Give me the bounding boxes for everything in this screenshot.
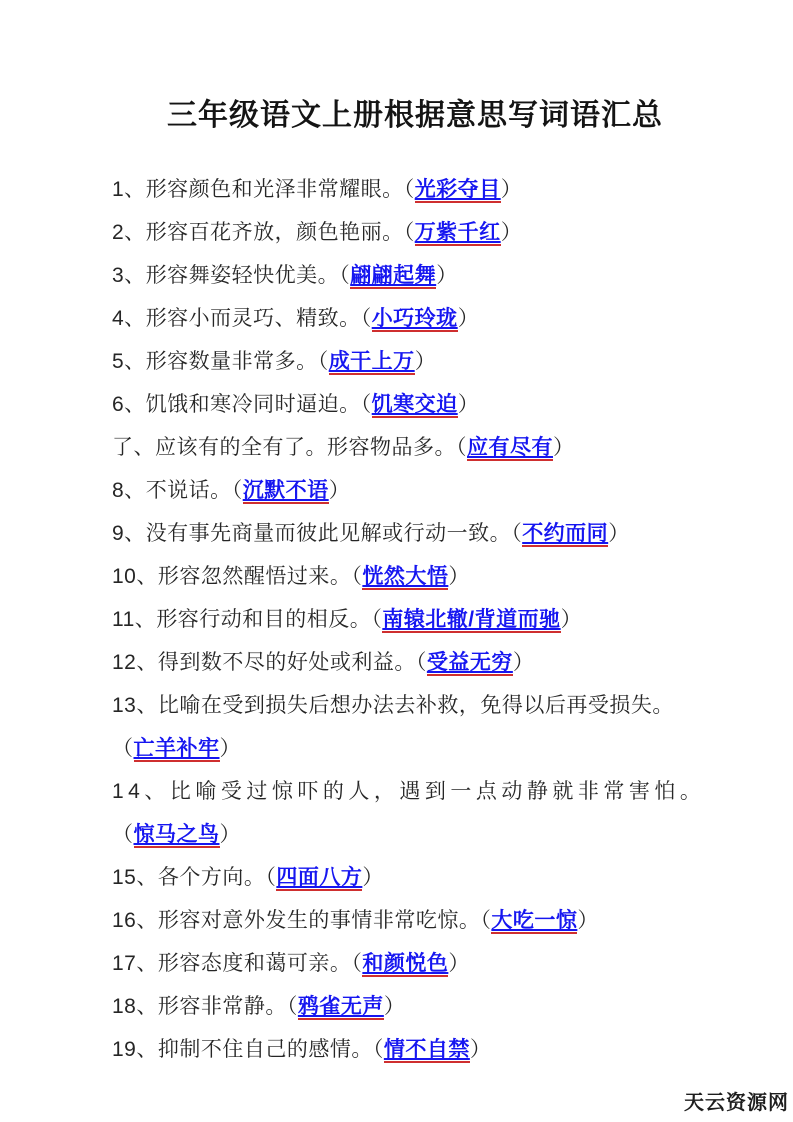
- close-paren: ）: [513, 651, 535, 674]
- open-paren: （: [480, 909, 491, 932]
- item-number: 14、: [112, 780, 170, 803]
- item-answer: 恍然大悟: [362, 565, 448, 590]
- open-paren: （: [287, 995, 298, 1018]
- watermark: 天云资源网: [684, 1086, 789, 1115]
- item-answer: 不约而同: [522, 522, 608, 547]
- open-paren: （: [404, 221, 415, 244]
- open-paren: （: [456, 436, 467, 459]
- item-answer: 大吃一惊: [491, 909, 577, 934]
- item-answer: 情不自禁: [384, 1038, 470, 1063]
- close-paren: ）: [448, 952, 470, 975]
- item-number: 8、: [112, 479, 146, 502]
- item-number: 15、: [112, 866, 158, 889]
- list-item: 9、没有事先商量而彼此见解或行动一致。（不约而同）: [112, 512, 738, 555]
- item-line: 11、形容行动和目的相反。（南辕北辙/背道而驰）: [112, 598, 738, 641]
- item-answer-group: （应有尽有）: [456, 436, 575, 461]
- item-answer: 亡羊补牢: [134, 737, 220, 762]
- item-number: 5、: [112, 350, 146, 373]
- close-paren: ）: [436, 264, 458, 287]
- close-paren: ）: [448, 565, 470, 588]
- close-paren: ）: [415, 350, 437, 373]
- close-paren: ）: [362, 866, 384, 889]
- item-answer-group: （情不自禁）: [373, 1038, 492, 1063]
- list-item: 14、比喻受过惊吓的人，遇到一点动静就非常害怕。 （惊马之鸟）: [112, 770, 738, 856]
- close-paren: ）: [384, 995, 406, 1018]
- item-definition: 没有事先商量而彼此见解或行动一致。: [146, 522, 512, 545]
- item-answer: 成干上万: [329, 350, 415, 375]
- item-answer-group: （不约而同）: [511, 522, 630, 547]
- open-paren: （: [361, 307, 372, 330]
- document-page: 三年级语文上册根据意思写词语汇总 1、形容颜色和光泽非常耀眼。（光彩夺目） 2、…: [0, 0, 793, 1071]
- item-answer-group: （饥寒交迫）: [361, 393, 480, 418]
- item-answer-line: （亡羊补牢）: [112, 727, 738, 770]
- item-answer: 光彩夺目: [415, 178, 501, 203]
- item-number: 13、: [112, 694, 158, 717]
- item-answer: 和颜悦色: [362, 952, 448, 977]
- item-answer-group: （小巧玲珑）: [361, 307, 480, 332]
- item-definition: 比喻受过惊吓的人，遇到一点动静就非常害怕。: [170, 780, 706, 803]
- item-definition: 应该有的全有了。形容物品多。: [155, 436, 456, 459]
- item-line: 18、形容非常静。（鸦雀无声）: [112, 985, 738, 1028]
- open-paren: （: [339, 264, 350, 287]
- item-definition: 形容百花齐放，颜色艳丽。: [146, 221, 404, 244]
- item-answer-group: （翩翩起舞）: [339, 264, 458, 289]
- item-line: 13、比喻在受到损失后想办法去补救，免得以后再受损失。: [112, 684, 738, 727]
- close-paren: ）: [501, 221, 523, 244]
- item-number: 16、: [112, 909, 158, 932]
- item-answer-line: （惊马之鸟）: [112, 813, 738, 856]
- close-paren: ）: [458, 393, 480, 416]
- item-line: 9、没有事先商量而彼此见解或行动一致。（不约而同）: [112, 512, 738, 555]
- item-number: 10、: [112, 565, 158, 588]
- item-definition: 形容态度和蔼可亲。: [158, 952, 352, 975]
- close-paren: ）: [329, 479, 351, 502]
- item-answer-group: （和颜悦色）: [351, 952, 470, 977]
- close-paren: ）: [220, 737, 242, 760]
- item-answer-group: （南辕北辙/背道而驰）: [371, 608, 582, 633]
- list-item: 2、形容百花齐放，颜色艳丽。（万紫千红）: [112, 211, 738, 254]
- open-paren: （: [404, 178, 415, 201]
- list-item: 15、各个方向。（四面八方）: [112, 856, 738, 899]
- item-answer-group: （亡羊补牢）: [112, 737, 241, 762]
- list-item: 11、形容行动和目的相反。（南辕北辙/背道而驰）: [112, 598, 738, 641]
- open-paren: （: [511, 522, 522, 545]
- item-line: 19、抑制不住自己的感情。（情不自禁）: [112, 1028, 738, 1071]
- item-number: 17、: [112, 952, 158, 975]
- item-answer-group: （成干上万）: [318, 350, 437, 375]
- list-item: 4、形容小而灵巧、精致。（小巧玲珑）: [112, 297, 738, 340]
- item-answer: 应有尽有: [467, 436, 553, 461]
- item-answer-group: （惊马之鸟）: [112, 823, 241, 848]
- list-item: 12、得到数不尽的好处或利益。（受益无穷）: [112, 641, 738, 684]
- open-paren: （: [351, 952, 362, 975]
- item-line: 了、应该有的全有了。形容物品多。（应有尽有）: [112, 426, 738, 469]
- open-paren: （: [112, 823, 134, 846]
- item-answer: 受益无穷: [427, 651, 513, 676]
- item-definition: 形容非常静。: [158, 995, 287, 1018]
- item-answer: 翩翩起舞: [350, 264, 436, 289]
- item-line: 4、形容小而灵巧、精致。（小巧玲珑）: [112, 297, 738, 340]
- item-answer-group: （沉默不语）: [232, 479, 351, 504]
- close-paren: ）: [553, 436, 575, 459]
- item-line: 8、不说话。（沉默不语）: [112, 469, 738, 512]
- list-item: 3、形容舞姿轻快优美。（翩翩起舞）: [112, 254, 738, 297]
- list-item: 16、形容对意外发生的事情非常吃惊。（大吃一惊）: [112, 899, 738, 942]
- item-definition: 抑制不住自己的感情。: [158, 1038, 373, 1061]
- item-definition: 形容忽然醒悟过来。: [158, 565, 352, 588]
- open-paren: （: [318, 350, 329, 373]
- list-item: 6、饥饿和寒冷同时逼迫。（饥寒交迫）: [112, 383, 738, 426]
- close-paren: ）: [470, 1038, 492, 1061]
- item-answer-group: （万紫千红）: [404, 221, 523, 246]
- item-number: 18、: [112, 995, 158, 1018]
- item-number: 11、: [112, 608, 156, 631]
- list-item: 13、比喻在受到损失后想办法去补救，免得以后再受损失。 （亡羊补牢）: [112, 684, 738, 770]
- list-item: 5、形容数量非常多。（成干上万）: [112, 340, 738, 383]
- item-definition: 形容小而灵巧、精致。: [146, 307, 361, 330]
- item-answer: 四面八方: [276, 866, 362, 891]
- item-answer: 南辕北辙/背道而驰: [382, 608, 560, 633]
- list-item: 了、应该有的全有了。形容物品多。（应有尽有）: [112, 426, 738, 469]
- item-definition: 形容数量非常多。: [146, 350, 318, 373]
- item-answer-group: （鸦雀无声）: [287, 995, 406, 1020]
- list-item: 1、形容颜色和光泽非常耀眼。（光彩夺目）: [112, 168, 738, 211]
- list-item: 10、形容忽然醒悟过来。（恍然大悟）: [112, 555, 738, 598]
- open-paren: （: [265, 866, 276, 889]
- open-paren: （: [416, 651, 427, 674]
- item-line: 15、各个方向。（四面八方）: [112, 856, 738, 899]
- item-answer-group: （恍然大悟）: [351, 565, 470, 590]
- close-paren: ）: [577, 909, 599, 932]
- item-definition: 各个方向。: [158, 866, 266, 889]
- item-number: 19、: [112, 1038, 158, 1061]
- list-item: 18、形容非常静。（鸦雀无声）: [112, 985, 738, 1028]
- list-item: 19、抑制不住自己的感情。（情不自禁）: [112, 1028, 738, 1071]
- open-paren: （: [373, 1038, 384, 1061]
- item-answer: 惊马之鸟: [134, 823, 220, 848]
- item-answer: 小巧玲珑: [372, 307, 458, 332]
- open-paren: （: [371, 608, 382, 631]
- item-line: 14、比喻受过惊吓的人，遇到一点动静就非常害怕。: [112, 770, 738, 813]
- item-number: 2、: [112, 221, 146, 244]
- page-title: 三年级语文上册根据意思写词语汇总: [92, 90, 738, 134]
- open-paren: （: [361, 393, 372, 416]
- item-answer-group: （受益无穷）: [416, 651, 535, 676]
- list-item: 17、形容态度和蔼可亲。（和颜悦色）: [112, 942, 738, 985]
- item-line: 2、形容百花齐放，颜色艳丽。（万紫千红）: [112, 211, 738, 254]
- item-line: 17、形容态度和蔼可亲。（和颜悦色）: [112, 942, 738, 985]
- close-paren: ）: [458, 307, 480, 330]
- definition-list: 1、形容颜色和光泽非常耀眼。（光彩夺目） 2、形容百花齐放，颜色艳丽。（万紫千红…: [112, 168, 738, 1071]
- item-definition: 形容舞姿轻快优美。: [146, 264, 340, 287]
- item-definition: 形容对意外发生的事情非常吃惊。: [158, 909, 481, 932]
- item-definition: 饥饿和寒冷同时逼迫。: [146, 393, 361, 416]
- item-line: 5、形容数量非常多。（成干上万）: [112, 340, 738, 383]
- item-number: 了、: [112, 436, 155, 459]
- open-paren: （: [232, 479, 243, 502]
- close-paren: ）: [220, 823, 242, 846]
- item-number: 12、: [112, 651, 158, 674]
- item-definition: 不说话。: [146, 479, 232, 502]
- item-answer: 万紫千红: [415, 221, 501, 246]
- item-answer-group: （大吃一惊）: [480, 909, 599, 934]
- item-line: 6、饥饿和寒冷同时逼迫。（饥寒交迫）: [112, 383, 738, 426]
- item-line: 16、形容对意外发生的事情非常吃惊。（大吃一惊）: [112, 899, 738, 942]
- item-number: 9、: [112, 522, 146, 545]
- item-definition: 形容颜色和光泽非常耀眼。: [146, 178, 404, 201]
- close-paren: ）: [561, 608, 583, 631]
- item-number: 3、: [112, 264, 146, 287]
- item-definition: 形容行动和目的相反。: [156, 608, 371, 631]
- item-answer: 饥寒交迫: [372, 393, 458, 418]
- item-answer: 鸦雀无声: [298, 995, 384, 1020]
- item-line: 12、得到数不尽的好处或利益。（受益无穷）: [112, 641, 738, 684]
- item-answer-group: （光彩夺目）: [404, 178, 523, 203]
- item-number: 4、: [112, 307, 146, 330]
- item-line: 1、形容颜色和光泽非常耀眼。（光彩夺目）: [112, 168, 738, 211]
- item-number: 1、: [112, 178, 146, 201]
- item-definition: 比喻在受到损失后想办法去补救，免得以后再受损失。: [158, 694, 674, 717]
- item-answer-group: （四面八方）: [265, 866, 384, 891]
- item-number: 6、: [112, 393, 146, 416]
- open-paren: （: [112, 737, 134, 760]
- item-line: 10、形容忽然醒悟过来。（恍然大悟）: [112, 555, 738, 598]
- item-line: 3、形容舞姿轻快优美。（翩翩起舞）: [112, 254, 738, 297]
- item-definition: 得到数不尽的好处或利益。: [158, 651, 416, 674]
- close-paren: ）: [501, 178, 523, 201]
- open-paren: （: [351, 565, 362, 588]
- close-paren: ）: [608, 522, 630, 545]
- item-answer: 沉默不语: [243, 479, 329, 504]
- list-item: 8、不说话。（沉默不语）: [112, 469, 738, 512]
